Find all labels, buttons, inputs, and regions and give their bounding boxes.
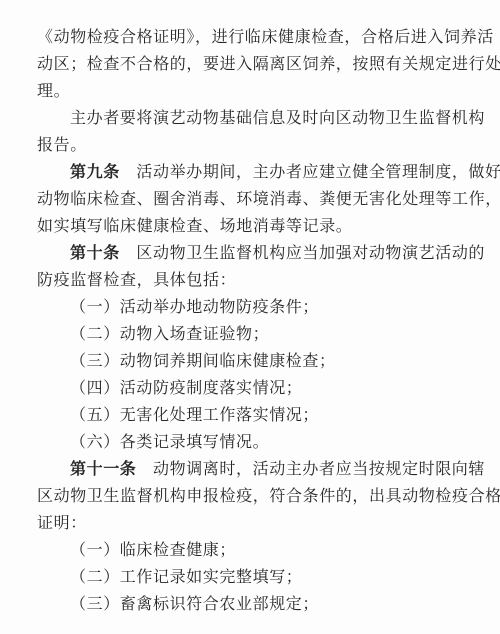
document-line: （三）畜禽标识符合农业部规定； — [37, 591, 476, 618]
document-line: 第十一条 动物调离时，活动主办者应当按规定时限向辖 — [37, 456, 476, 483]
document-line: 如实填写临床健康检查、场地消毒等记录。 — [37, 213, 476, 240]
document-line: 理。 — [37, 78, 476, 105]
article-number-bold-segment: 第十一条 — [70, 461, 136, 478]
text-segment: （三）动物饲养期间临床健康检查； — [70, 353, 336, 370]
text-segment: （五）无害化处理工作落实情况； — [70, 407, 319, 424]
document-line: 防疫监督检查，具体包括： — [37, 267, 476, 294]
document-line: （三）动物饲养期间临床健康检查； — [37, 348, 476, 375]
document-line: （一）活动举办地动物防疫条件； — [37, 294, 476, 321]
text-segment: 理。 — [37, 83, 70, 100]
document-line: （一）临床检查健康； — [37, 537, 476, 564]
document-line: 动物临床检查、圈舍消毒、环境消毒、粪便无害化处理等工作， — [37, 186, 476, 213]
article-number-bold-segment: 第十条 — [70, 245, 120, 262]
document-line: 证明： — [37, 510, 476, 537]
document-line: 主办者要将演艺动物基础信息及时向区动物卫生监督机构 — [37, 105, 476, 132]
document-line: 报告。 — [37, 132, 476, 159]
document-line: 动区；检查不合格的，要进入隔离区饲养，按照有关规定进行处 — [37, 51, 476, 78]
text-segment: （二）动物入场查证验物； — [70, 326, 269, 343]
text-segment: 如实填写临床健康检查、场地消毒等记录。 — [37, 218, 352, 235]
document-line: （四）活动防疫制度落实情况； — [37, 375, 476, 402]
text-segment: 活动举办期间，主办者应建立健全管理制度，做好 — [120, 164, 500, 181]
text-segment: 区动物卫生监督机构申报检疫，符合条件的，出具动物检疫合格 — [37, 488, 500, 505]
text-segment: （三）畜禽标识符合农业部规定； — [70, 596, 319, 613]
text-segment: 证明： — [37, 515, 87, 532]
document-line: （二）动物入场查证验物； — [37, 321, 476, 348]
text-segment: 动物临床检查、圈舍消毒、环境消毒、粪便无害化处理等工作， — [37, 191, 500, 208]
document-line: 第十条 区动物卫生监督机构应当加强对动物演艺活动的 — [37, 240, 476, 267]
document-body: 《动物检疫合格证明》，进行临床健康检查，合格后进入饲养活动区；检查不合格的，要进… — [37, 24, 476, 618]
text-segment: 《动物检疫合格证明》，进行临床健康检查，合格后进入饲养活 — [37, 29, 494, 46]
text-segment: 防疫监督检查，具体包括： — [37, 272, 236, 289]
document-line: （六）各类记录填写情况。 — [37, 429, 476, 456]
text-segment: （一）活动举办地动物防疫条件； — [70, 299, 319, 316]
document-line: 区动物卫生监督机构申报检疫，符合条件的，出具动物检疫合格 — [37, 483, 476, 510]
text-segment: （四）活动防疫制度落实情况； — [70, 380, 302, 397]
document-line: 第九条 活动举办期间，主办者应建立健全管理制度，做好 — [37, 159, 476, 186]
document-line: 《动物检疫合格证明》，进行临床健康检查，合格后进入饲养活 — [37, 24, 476, 51]
text-segment: 动物调离时，活动主办者应当按规定时限向辖 — [136, 461, 485, 478]
text-segment: 动区；检查不合格的，要进入隔离区饲养，按照有关规定进行处 — [37, 56, 500, 73]
text-segment: （二）工作记录如实完整填写； — [70, 569, 302, 586]
text-segment: （一）临床检查健康； — [70, 542, 236, 559]
document-line: （五）无害化处理工作落实情况； — [37, 402, 476, 429]
text-segment: （六）各类记录填写情况。 — [70, 434, 269, 451]
document-line: （二）工作记录如实完整填写； — [37, 564, 476, 591]
document-page: 《动物检疫合格证明》，进行临床健康检查，合格后进入饲养活动区；检查不合格的，要进… — [0, 0, 500, 634]
article-number-bold-segment: 第九条 — [70, 164, 120, 181]
text-segment: 主办者要将演艺动物基础信息及时向区动物卫生监督机构 — [70, 110, 485, 127]
text-segment: 区动物卫生监督机构应当加强对动物演艺活动的 — [120, 245, 485, 262]
text-segment: 报告。 — [37, 137, 87, 154]
